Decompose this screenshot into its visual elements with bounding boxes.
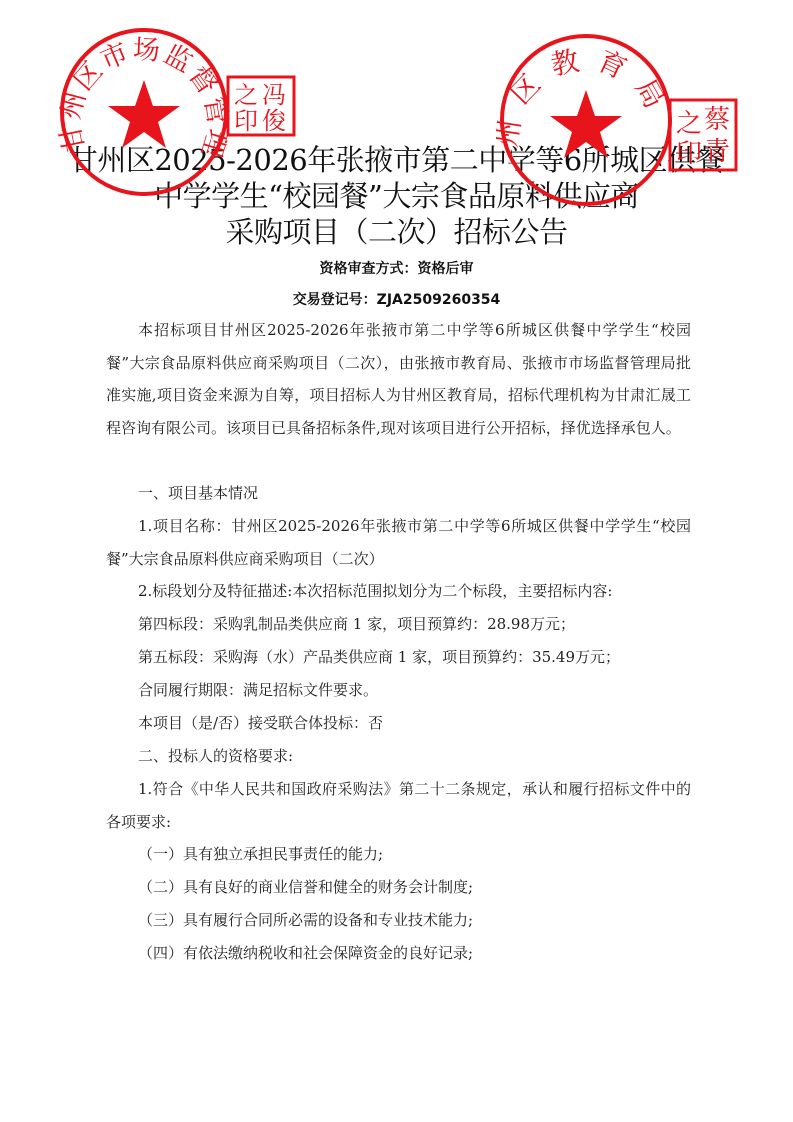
svg-text:蔡: 蔡 (704, 105, 730, 135)
section-1-heading: 一、项目基本情况 (106, 477, 696, 510)
svg-text:俊: 俊 (262, 107, 286, 135)
doc-title-line-3: 采购项目（二次）招标公告 (0, 212, 793, 252)
section-2-heading: 二、投标人的资格要求: (106, 740, 696, 773)
project-name: 1.项目名称：甘州区2025-2026年张掖市第二中学等6所城区供餐中学学生“校… (106, 510, 691, 575)
document-page: 甘州区2025-2026年张掖市第二中学等6所城区供餐 中学学生“校园餐”大宗食… (0, 0, 793, 1122)
svg-text:州区教育局: 州区教育局 (496, 42, 676, 150)
svg-text:之: 之 (676, 109, 702, 139)
svg-text:印: 印 (234, 107, 258, 135)
contract-period: 合同履行期限：满足招标文件要求。 (106, 674, 696, 707)
doc-title-line-1: 甘州区2025-2026年张掖市第二中学等6所城区供餐 (0, 140, 793, 180)
joint-bid: 本项目（是/否）接受联合体投标：否 (106, 707, 696, 740)
requirement-item-3: （三）具有履行合同所必需的设备和专业技术能力; (106, 904, 696, 937)
doc-title-line-2: 中学学生“校园餐”大宗食品原料供应商 (0, 176, 793, 216)
requirement-item-2: （二）具有良好的商业信誉和健全的财务会计制度; (106, 871, 696, 904)
requirement-item-1: （一）具有独立承担民事责任的能力; (106, 838, 696, 871)
requirement-1: 1.符合《中华人民共和国政府采购法》第二十二条规定，承认和履行招标文件中的各项要… (106, 773, 691, 838)
left-personal-seal: 之 冯 印 俊 (226, 75, 296, 137)
lots-description: 2.标段划分及特征描述:本次招标范围拟划分为二个标段，主要招标内容: (106, 575, 696, 608)
lot-5: 第五标段：采购海（水）产品类供应商 1 家，项目预算约：35.49万元； (106, 641, 696, 674)
requirement-item-4: （四）有依法缴纳税收和社会保障资金的良好记录; (106, 937, 696, 970)
lot-4: 第四标段：采购乳制品类供应商 1 家，项目预算约：28.98万元； (106, 608, 696, 641)
registration-number: 交易登记号：ZJA2509260354 (0, 289, 793, 309)
svg-text:之: 之 (234, 81, 258, 109)
star-icon (108, 80, 180, 148)
intro-paragraph: 本招标项目甘州区2025-2026年张掖市第二中学等6所城区供餐中学学生“校园餐… (106, 314, 691, 444)
review-method: 资格审查方式：资格后审 (0, 258, 793, 278)
svg-text:冯: 冯 (262, 81, 286, 109)
